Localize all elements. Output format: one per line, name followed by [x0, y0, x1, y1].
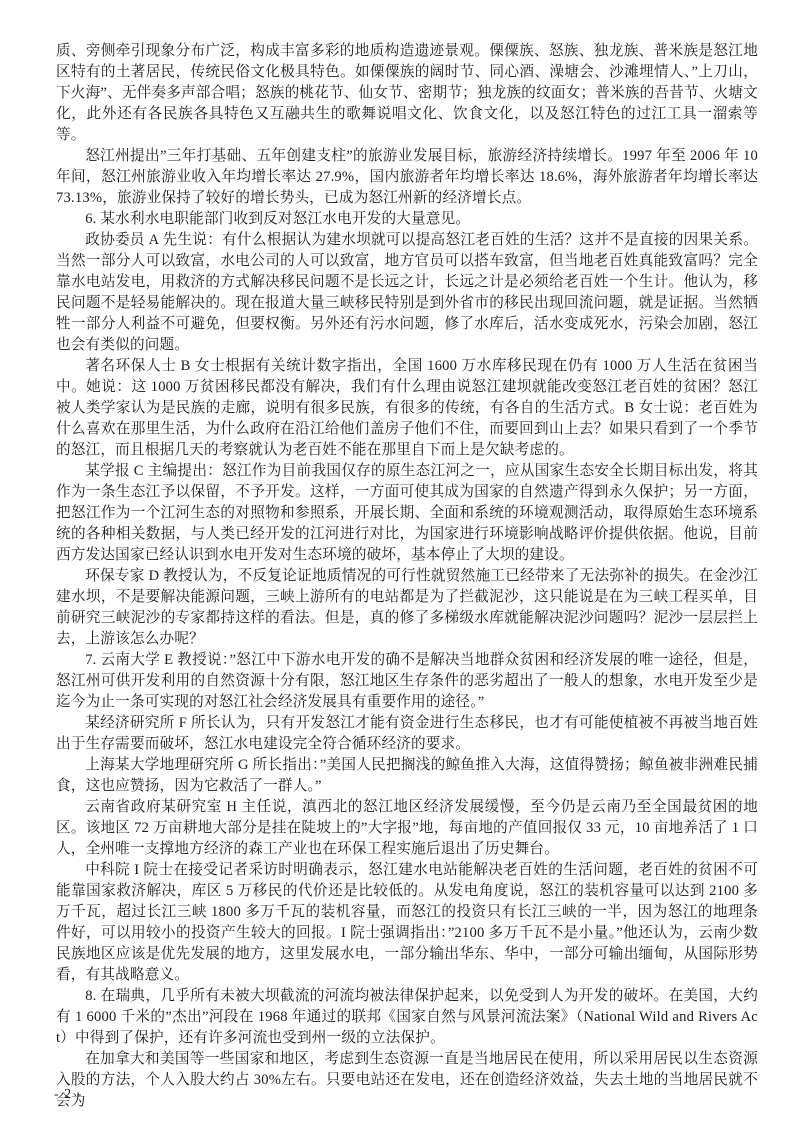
paragraph: 某学报 C 主编提出：怒江作为目前我国仅存的原生态江河之一，应从国家生态安全长期… — [56, 461, 758, 566]
paragraph: 环保专家 D 教授认为，不反复论证地质情况的可行性就贸然施工已经带来了无法弥补的… — [56, 566, 758, 650]
document-page: 质、旁侧牵引现象分布广泛，构成丰富多彩的地质构造遗迹景观。傈僳族、怒族、独龙族、… — [0, 0, 800, 1132]
paragraph: 质、旁侧牵引现象分布广泛，构成丰富多彩的地质构造遗迹景观。傈僳族、怒族、独龙族、… — [56, 41, 758, 146]
paragraph: 某经济研究所 F 所长认为，只有开发怒江才能有资金进行生态移民，也才有可能使植被… — [56, 713, 758, 755]
paragraph: 怒江州提出”三年打基础、五年创建支柱”的旅游业发展目标，旅游经济持续增长。199… — [56, 146, 758, 209]
paragraph: 政协委员 A 先生说：有什么根据认为建水坝就可以提高怒江老百姓的生活？这并不是直… — [56, 230, 758, 356]
page-number: - 2 - — [54, 1084, 82, 1105]
paragraph-item-7: 7. 云南大学 E 教授说：”怒江中下游水电开发的确不是解决当地群众贫困和经济发… — [56, 650, 758, 713]
paragraph: 在加拿大和美国等一些国家和地区，考虑到生态资源一直是当地居民在使用，所以采用居民… — [56, 1049, 758, 1112]
document-body: 质、旁侧牵引现象分布广泛，构成丰富多彩的地质构造遗迹景观。傈僳族、怒族、独龙族、… — [56, 41, 758, 1112]
paragraph: 上海某大学地理研究所 G 所长指出：”美国人民把搁浅的鲸鱼推入大海，这值得赞扬；… — [56, 755, 758, 797]
paragraph: 中科院 I 院士在接受记者采访时明确表示，怒江建水电站能解决老百姓的生活问题，老… — [56, 860, 758, 986]
paragraph-item-8: 8. 在瑞典，几乎所有未被大坝截流的河流均被法律保护起来，以免受到人为开发的破坏… — [56, 986, 758, 1049]
paragraph: 云南省政府某研究室 H 主任说，滇西北的怒江地区经济发展缓慢，至今仍是云南乃至全… — [56, 797, 758, 860]
paragraph: 著名环保人士 B 女士根据有关统计数字指出，全国 1600 万水库移民现在仍有 … — [56, 356, 758, 461]
paragraph-item-6: 6. 某水利水电职能部门收到反对怒江水电开发的大量意见。 — [56, 209, 758, 230]
